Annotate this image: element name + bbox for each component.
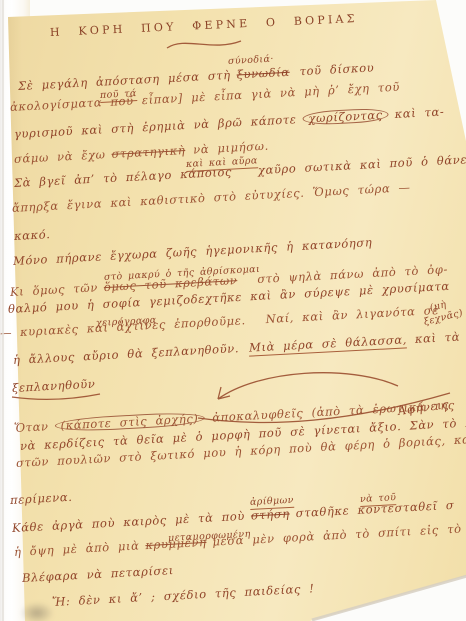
- struck-word: στήση: [251, 506, 291, 522]
- bottom-left-shadow: [20, 602, 54, 621]
- struck-word: ξυνωδία: [236, 65, 290, 82]
- scanned-manuscript-photo: Η ΚΟΡΗ ΠΟΥ ΦΕΡΝΕ Ο ΒΟΡΙΑΣ σύνοδιά· Σὲ με…: [0, 0, 466, 621]
- handwritten-line-7: κακό.: [14, 227, 51, 243]
- margin-dash: —: [0, 325, 12, 340]
